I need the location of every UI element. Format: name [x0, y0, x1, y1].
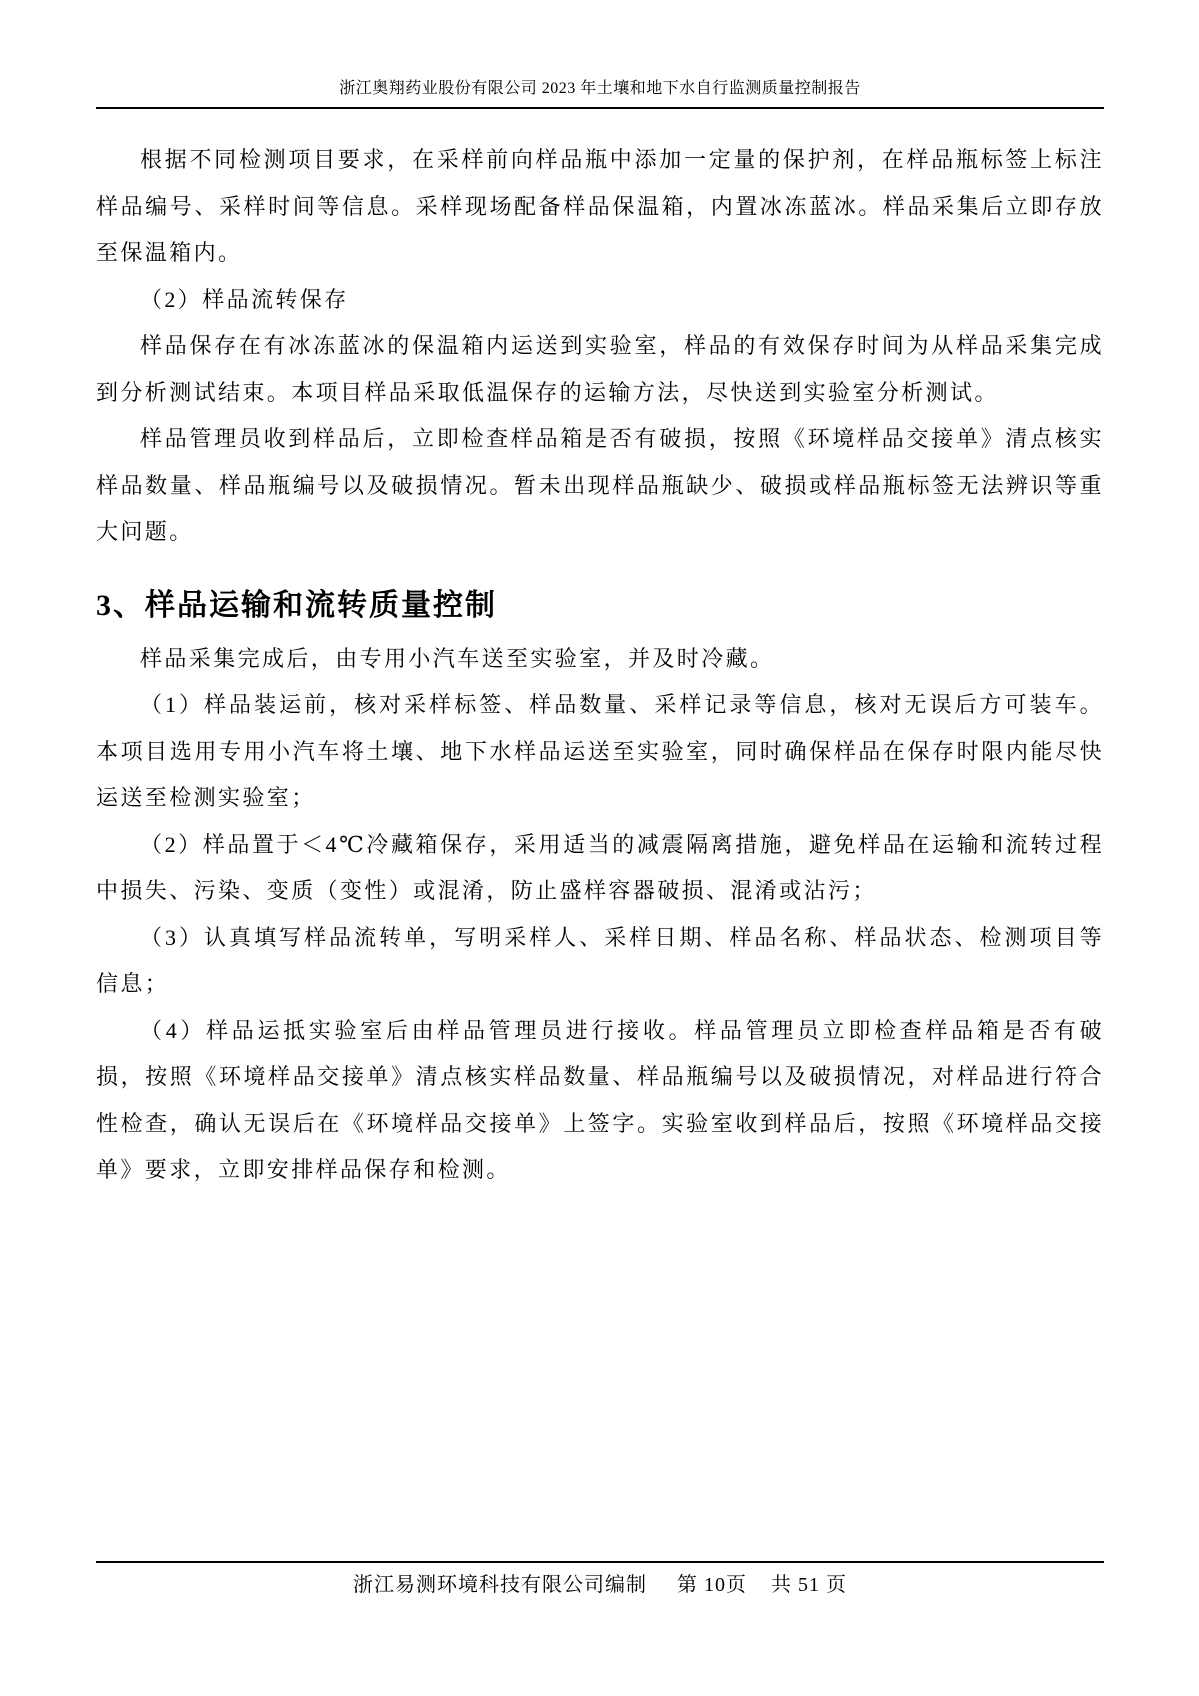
footer-organization: 浙江易测环境科技有限公司编制: [353, 1574, 647, 1596]
footer-page-total: 共 51 页: [771, 1574, 847, 1596]
header-title: 浙江奥翔药业股份有限公司 2023 年土壤和地下水自行监测质量控制报告: [339, 80, 861, 97]
body-paragraph: （3）认真填写样品流转单，写明采样人、采样日期、样品名称、样品状态、检测项目等信…: [96, 915, 1104, 1008]
page-header: 浙江奥翔药业股份有限公司 2023 年土壤和地下水自行监测质量控制报告: [96, 76, 1104, 109]
page-footer: 浙江易测环境科技有限公司编制第 10页共 51 页: [96, 1561, 1104, 1597]
body-paragraph: （1）样品装运前，核对采样标签、样品数量、采样记录等信息，核对无误后方可装车。本…: [96, 682, 1104, 822]
footer-page-number: 第 10页: [677, 1574, 747, 1596]
body-paragraph: 根据不同检测项目要求，在采样前向样品瓶中添加一定量的保护剂，在样品瓶标签上标注样…: [96, 137, 1104, 277]
body-paragraph: （2）样品置于＜4℃冷藏箱保存，采用适当的减震隔离措施，避免样品在运输和流转过程…: [96, 822, 1104, 915]
body-paragraph: （2）样品流转保存: [96, 277, 1104, 324]
body-paragraph: 样品采集完成后，由专用小汽车送至实验室，并及时冷藏。: [96, 636, 1104, 683]
body-paragraph: 样品管理员收到样品后，立即检查样品箱是否有破损，按照《环境样品交接单》清点核实样…: [96, 416, 1104, 556]
document-body: 根据不同检测项目要求，在采样前向样品瓶中添加一定量的保护剂，在样品瓶标签上标注样…: [96, 137, 1104, 1194]
body-paragraph: （4）样品运抵实验室后由样品管理员进行接收。样品管理员立即检查样品箱是否有破损，…: [96, 1008, 1104, 1194]
section-heading: 3、样品运输和流转质量控制: [96, 580, 1104, 632]
body-paragraph: 样品保存在有冰冻蓝冰的保温箱内运送到实验室，样品的有效保存时间为从样品采集完成到…: [96, 323, 1104, 416]
document-page: 浙江奥翔药业股份有限公司 2023 年土壤和地下水自行监测质量控制报告 根据不同…: [0, 0, 1199, 1696]
